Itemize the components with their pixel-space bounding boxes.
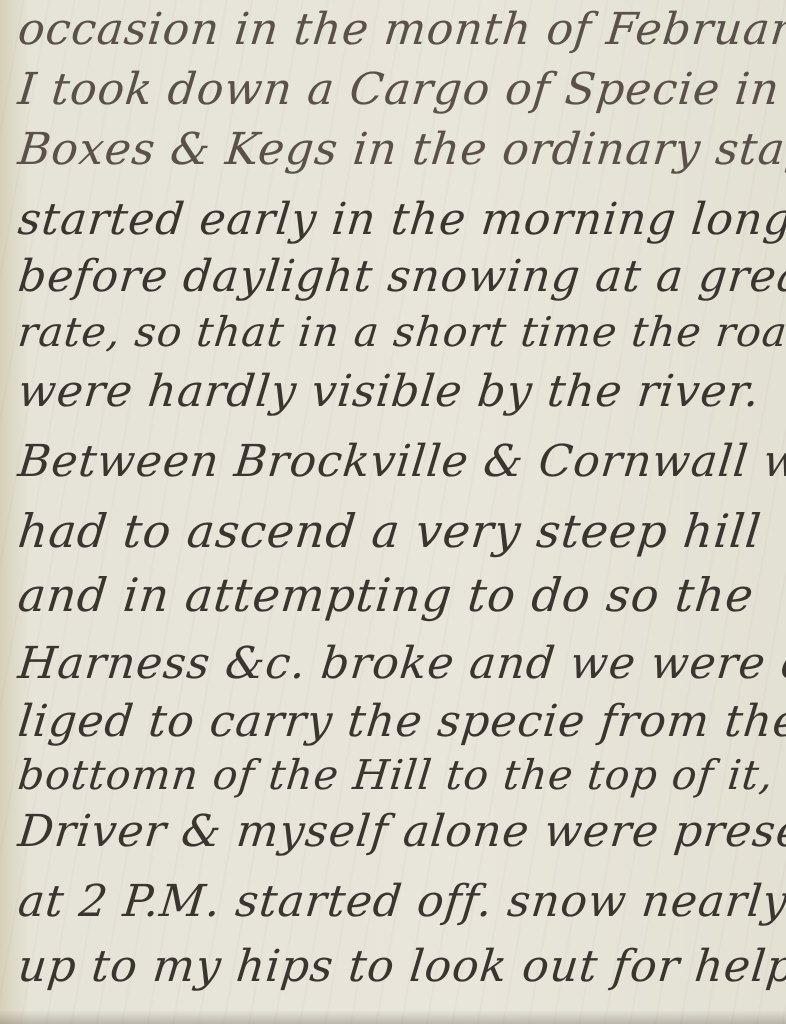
- manuscript-line-16: up to my hips to look out for help: [16, 945, 786, 989]
- manuscript-line-14: Driver & myself alone were present,: [16, 810, 786, 854]
- manuscript-line-9: had to ascend a very steep hill: [16, 508, 764, 554]
- manuscript-line-10: and in attempting to do so the: [16, 572, 756, 618]
- manuscript-line-8: Between Brockville & Cornwall we: [16, 440, 786, 484]
- manuscript-line-1: occasion in the month of February: [16, 8, 786, 52]
- manuscript-line-11: Harness &c. broke and we were ob-: [16, 642, 786, 686]
- manuscript-line-15: at 2 P.M. started off. snow nearly: [16, 880, 786, 924]
- manuscript-line-13: bottomn of the Hill to the top of it, th…: [16, 755, 786, 796]
- manuscript-line-7: were hardly visible by the river.: [16, 370, 762, 414]
- manuscript-page: occasion in the month of February I took…: [0, 0, 786, 1024]
- manuscript-line-6: rate, so that in a short time the roads: [16, 312, 786, 353]
- manuscript-line-3: Boxes & Kegs in the ordinary stage.: [16, 128, 786, 172]
- manuscript-line-5: before daylight snowing at a great: [16, 255, 786, 299]
- manuscript-line-2: I took down a Cargo of Specie in: [16, 68, 782, 112]
- manuscript-line-4: started early in the morning long: [16, 198, 786, 242]
- manuscript-line-12: liged to carry the specie from the: [16, 700, 786, 744]
